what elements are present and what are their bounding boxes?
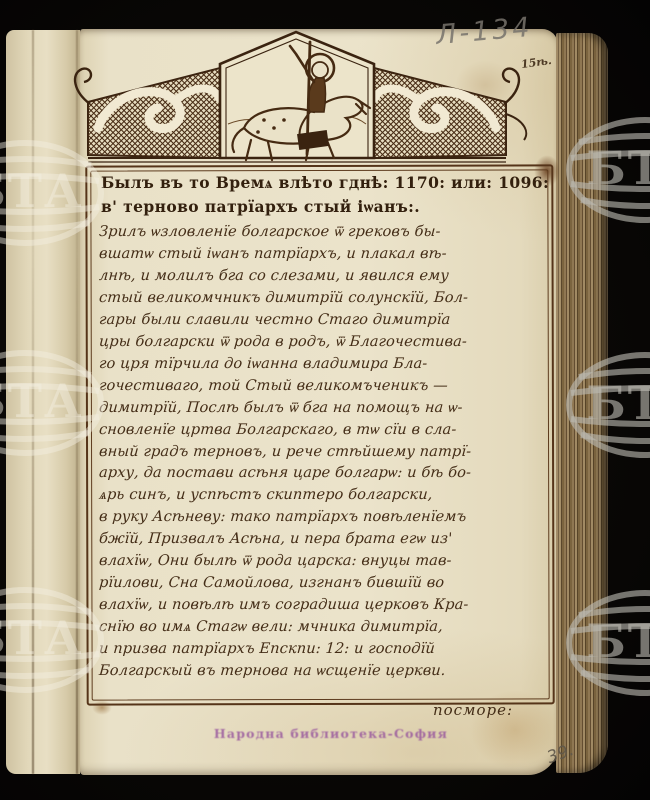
manuscript-line: го цря тїрчила до іѡанна владимира Бла-: [98, 353, 544, 375]
manuscript-photo: Л-134 15ѣ. Былъ въ то Времѧ влѣто гднѣ: …: [0, 0, 650, 800]
manuscript-line: влахїѡ, Они былѣ ѿ рода царска: внуцы та…: [98, 550, 544, 572]
catchword: посморе:: [398, 701, 548, 719]
heading-line: в' терново патрїархъ стый іѡанъ:.: [101, 195, 541, 219]
manuscript-line: гочестиваго, той Стый великомъченикъ —: [98, 375, 544, 397]
manuscript-body: Зрилъ ѡзловленїе болгарское ѿ грековъ бы…: [99, 221, 543, 682]
manuscript-line: вшатѡ стый іѡанъ патрїархъ, и плакал вѣ-: [98, 243, 544, 265]
library-stamp: Народна библиотека-София: [200, 726, 462, 741]
manuscript-line: и призва патрїархъ Епскпи: 12: и господї…: [98, 638, 544, 660]
manuscript-line: в руку Асѣневу: тако патрїархъ повѣленїе…: [98, 506, 544, 528]
manuscript-line: гары были славили честно Стаго димитрїа: [98, 309, 544, 331]
manuscript-heading: Былъ въ то Времѧ влѣто гднѣ: 1170: или: …: [101, 171, 541, 219]
manuscript-line: стый великомчникъ димитрїй солунскїй, Бо…: [98, 287, 544, 309]
manuscript-line: цры болгарски ѿ рода в родъ, ѿ Благочест…: [98, 331, 544, 353]
manuscript-line: бжїй, Призвалъ Асѣна, и пера брата егѡ и…: [98, 528, 544, 550]
manuscript-line: влахїѡ, и повѣлѣ имъ соградиша церковъ К…: [98, 594, 544, 616]
manuscript-line: вный градъ терновъ, и рече стѣйшему патр…: [98, 441, 544, 463]
manuscript-line: димитрїй, Послѣ былъ ѿ бга на помощъ на …: [98, 397, 544, 419]
manuscript-line: лнѣ, и молилъ бга со слезами, и явился е…: [98, 265, 544, 287]
manuscript-line: ѧрь синъ, и успѣстъ скиптеро болгарски,: [98, 484, 544, 506]
manuscript-line: Болгарскый въ тернова на ѡсщенїе церкви.: [98, 660, 544, 682]
manuscript-line: снїю во имѧ Стагѡ вели: мчника димитрїа,: [98, 616, 544, 638]
gutter-fold: [32, 30, 34, 774]
book-fore-edge: [556, 33, 608, 773]
heading-line: Былъ въ то Времѧ влѣто гднѣ: 1170: или: …: [101, 171, 541, 195]
manuscript-line: Зрилъ ѡзловленїе болгарское ѿ грековъ бы…: [98, 221, 544, 243]
manuscript-line: рїилови, Сна Самойлова, изгнанъ бившїй в…: [98, 572, 544, 594]
manuscript-line: арху, да постави асѣня царе болгарѡ: и б…: [98, 462, 544, 484]
manuscript-line: сновленїе цртва Болгарскаго, в тѡ сїи в …: [98, 419, 544, 441]
saint-on-horseback-headpiece-icon: [58, 28, 536, 170]
